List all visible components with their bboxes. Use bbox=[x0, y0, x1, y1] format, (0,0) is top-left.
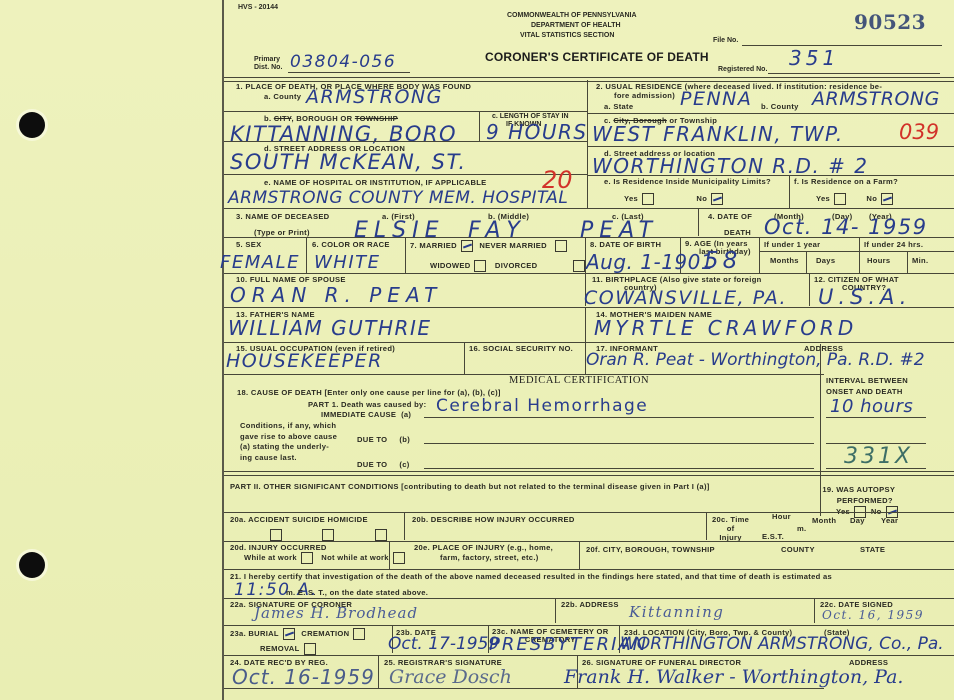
punch-hole-top bbox=[19, 112, 45, 138]
cremation-checkbox[interactable] bbox=[353, 628, 365, 640]
death-city-value: KITTANNING, BORO bbox=[230, 122, 457, 146]
injury-year-label: Year bbox=[881, 516, 898, 525]
header-line-2: DEPARTMENT OF HEALTH bbox=[531, 22, 621, 29]
deceased-name-label: 3. NAME OF DECEASED bbox=[236, 212, 329, 221]
part-1-label: PART 1. Death was caused by: bbox=[308, 400, 426, 409]
document-title: CORONER'S CERTIFICATE OF DEATH bbox=[485, 50, 709, 64]
sex-label: 5. SEX bbox=[236, 240, 261, 249]
disposition-options: 23a. BURIAL CREMATION bbox=[230, 628, 365, 640]
place-of-injury-label: 20e. PLACE OF INJURY (e.g., home,farm, f… bbox=[414, 543, 553, 563]
registered-no-value: 351 bbox=[789, 46, 839, 70]
removal-option: REMOVAL bbox=[260, 643, 316, 655]
due-to-b-label: DUE TO (b) bbox=[357, 435, 410, 444]
occupation-value: HOUSEKEEPER bbox=[226, 350, 383, 372]
certification-statement: 21. I hereby certify that investigation … bbox=[230, 572, 832, 581]
marital-row-2: WIDOWED DIVORCED bbox=[430, 260, 585, 272]
on-farm-no-checkbox[interactable] bbox=[881, 193, 893, 205]
time-of-injury-label: 20c. TimeofInjury bbox=[712, 515, 749, 542]
date-received-value: Oct. 16-1959 bbox=[232, 665, 375, 689]
header-line-3: VITAL STATISTICS SECTION bbox=[520, 32, 614, 39]
coroner-address: Kittanning bbox=[629, 603, 724, 621]
birthplace-label: 11. BIRTHPLACE (Also give state or forei… bbox=[592, 275, 762, 284]
citizen-value: U.S.A. bbox=[818, 285, 911, 309]
hours-label: Hours bbox=[867, 256, 890, 265]
est-label: E.S.T. bbox=[762, 532, 784, 541]
on-farm-options: Yes No bbox=[816, 193, 893, 205]
father-value: WILLIAM GUTHRIE bbox=[228, 316, 431, 340]
death-certificate-page: HVS - 20144 COMMONWEALTH OF PENNSYLVANIA… bbox=[0, 0, 954, 700]
injury-county-label: COUNTY bbox=[781, 545, 815, 554]
punch-hole-bottom bbox=[19, 552, 45, 578]
hospital-value: ARMSTRONG COUNTY MEM. HOSPITAL bbox=[228, 188, 568, 208]
funeral-director-signature: Frank H. Walker - Worthington, Pa. bbox=[564, 666, 903, 688]
file-no-label: File No. bbox=[713, 37, 738, 44]
age-value: 58 bbox=[704, 248, 741, 274]
death-street-value: SOUTH McKEAN, ST. bbox=[230, 150, 467, 174]
code-green: 331X bbox=[844, 444, 913, 469]
form-code: HVS - 20144 bbox=[238, 4, 278, 11]
inside-limits-label: e. Is Residence Inside Municipality Limi… bbox=[604, 177, 771, 186]
never-married-checkbox[interactable] bbox=[555, 240, 567, 252]
injury-city-label: 20f. CITY, BOROUGH, TOWNSHIP bbox=[586, 545, 715, 554]
on-farm-yes-checkbox[interactable] bbox=[834, 193, 846, 205]
widowed-checkbox[interactable] bbox=[474, 260, 486, 272]
res-state-label: a. State bbox=[604, 102, 633, 111]
injury-work-options: While at work Not while at work bbox=[244, 552, 405, 564]
accident-checkbox[interactable] bbox=[270, 529, 282, 541]
primary-dist-value: 03804-056 bbox=[290, 52, 396, 72]
res-county-label: b. County bbox=[761, 102, 799, 111]
married-checkbox[interactable] bbox=[461, 240, 473, 252]
res-county-value: ARMSTRONG bbox=[812, 88, 940, 110]
death-county-value: ARMSTRONG bbox=[306, 86, 443, 108]
spouse-value: ORAN R. PEAT bbox=[230, 283, 442, 307]
primary-dist-label: PrimaryDist. No. bbox=[254, 56, 282, 72]
min-label: Min. bbox=[912, 256, 928, 265]
inside-limits-no-checkbox[interactable] bbox=[711, 193, 723, 205]
res-city-value: WEST FRANKLIN, TWP. bbox=[592, 122, 844, 146]
res-state-value: PENNA bbox=[680, 88, 752, 110]
date-signed-value: Oct. 16, 1959 bbox=[822, 608, 924, 622]
registered-no-label: Registered No. bbox=[718, 66, 767, 73]
hospital-label: e. NAME OF HOSPITAL OR INSTITUTION, IF A… bbox=[264, 178, 487, 187]
suicide-checkbox[interactable] bbox=[322, 529, 334, 541]
due-to-c-label: DUE TO (c) bbox=[357, 460, 410, 469]
coroner-signature: James H. Brodhead bbox=[254, 604, 418, 622]
interval-value: 10 hours bbox=[830, 396, 913, 417]
coroner-address-label: 22b. ADDRESS bbox=[561, 600, 619, 609]
not-at-work-checkbox[interactable] bbox=[393, 552, 405, 564]
usual-residence-label-2: fore admission) bbox=[614, 91, 675, 100]
injury-describe-label: 20b. DESCRIBE HOW INJURY OCCURRED bbox=[412, 515, 575, 524]
race-label: 6. COLOR OR RACE bbox=[312, 240, 390, 249]
death-date-value: Oct. 14- 1959 bbox=[764, 215, 928, 239]
inside-limits-yes-checkbox[interactable] bbox=[642, 193, 654, 205]
file-number-stamp: 90523 bbox=[854, 10, 926, 34]
days-label: Days bbox=[816, 256, 835, 265]
homicide-checkbox[interactable] bbox=[375, 529, 387, 541]
informant-value: Oran R. Peat - Worthington, Pa. R.D. #2 bbox=[586, 350, 925, 370]
burial-checkbox[interactable] bbox=[283, 628, 295, 640]
part-2-label: PART II. OTHER SIGNIFICANT CONDITIONS [c… bbox=[230, 482, 710, 491]
death-date-label: 4. DATE OF bbox=[708, 212, 752, 221]
county-label: a. County bbox=[264, 92, 301, 101]
marital-row-1: 7. MARRIED NEVER MARRIED bbox=[410, 240, 567, 252]
time-suffix: m. E. S. T., on the date stated above. bbox=[286, 588, 428, 597]
removal-checkbox[interactable] bbox=[304, 643, 316, 655]
type-or-print-label: (Type or Print) bbox=[254, 228, 310, 237]
immediate-cause-value: Cerebral Hemorrhage bbox=[436, 396, 648, 416]
immediate-cause-label: IMMEDIATE CAUSE (a) bbox=[321, 410, 411, 419]
burial-location-value: WORTHINGTON ARMSTRONG, Co., Pa. bbox=[620, 634, 944, 654]
injury-type-label: 20a. ACCIDENT SUICIDE HOMICIDE bbox=[230, 515, 368, 524]
sex-value: FEMALE bbox=[220, 252, 300, 273]
while-at-work-checkbox[interactable] bbox=[301, 552, 313, 564]
months-label: Months bbox=[770, 256, 799, 265]
divorced-checkbox[interactable] bbox=[573, 260, 585, 272]
under-1-year-label: If under 1 year bbox=[764, 240, 820, 249]
header-line-1: COMMONWEALTH OF PENNSYLVANIA bbox=[507, 12, 637, 19]
conditions-note: Conditions, if any, whichgave rise to ab… bbox=[240, 421, 337, 463]
injury-day-label: Day bbox=[850, 516, 865, 525]
on-farm-label: f. Is Residence on a Farm? bbox=[794, 177, 898, 186]
death-label: DEATH bbox=[724, 228, 751, 237]
registrar-signature: Grace Dosch bbox=[389, 666, 512, 688]
mother-value: MYRTLE CRAWFORD bbox=[594, 316, 857, 340]
burial-date-value: Oct. 17-1959 bbox=[388, 634, 499, 654]
m-label: m. bbox=[797, 524, 806, 533]
inside-limits-options: Yes No bbox=[624, 193, 723, 205]
race-value: WHITE bbox=[314, 252, 381, 273]
injury-month-label: Month bbox=[812, 516, 836, 525]
birthplace-value: COWANSVILLE, PA. bbox=[584, 287, 787, 309]
res-code-red: 039 bbox=[899, 120, 939, 144]
injury-state-label: STATE bbox=[860, 545, 885, 554]
interval-label: INTERVAL BETWEENONSET AND DEATH bbox=[826, 375, 908, 397]
medical-certification-title: MEDICAL CERTIFICATION bbox=[509, 375, 649, 386]
ssn-label: 16. SOCIAL SECURITY NO. bbox=[469, 344, 573, 353]
injury-occurred-label: 20d. INJURY OCCURRED bbox=[230, 543, 327, 552]
certificate-form: HVS - 20144 COMMONWEALTH OF PENNSYLVANIA… bbox=[222, 0, 954, 700]
hour-label: Hour bbox=[772, 512, 791, 521]
under-24-hrs-label: If under 24 hrs. bbox=[864, 240, 923, 249]
birth-date-label: 8. DATE OF BIRTH bbox=[590, 240, 661, 249]
